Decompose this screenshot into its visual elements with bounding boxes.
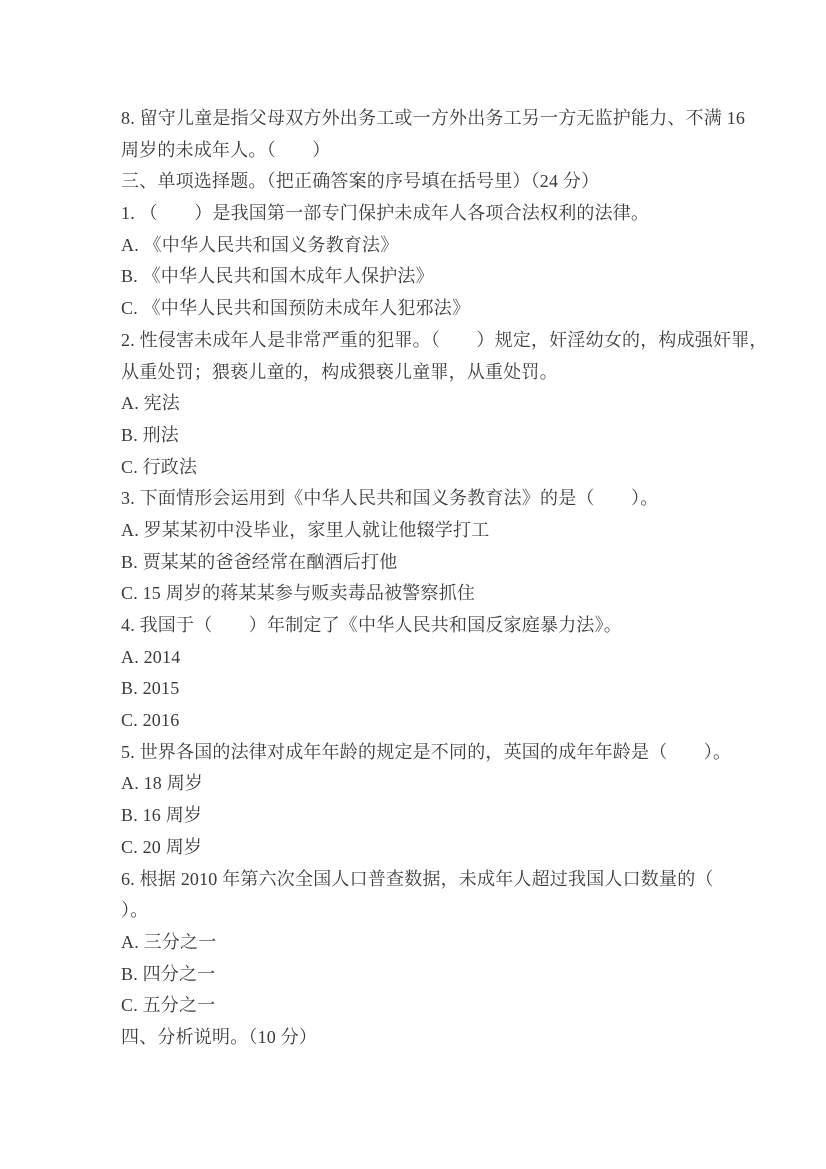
line-q1-option-a: A. 《中华人民共和国义务教育法》 (121, 230, 741, 262)
line-q5-option-b: B. 16 周岁 (121, 800, 741, 832)
line-q6: 6. 根据 2010 年第六次全国人口普查数据，未成年人超过我国人口数量的（ (121, 864, 741, 896)
line-q3: 3. 下面情形会运用到《中华人民共和国义务教育法》的是（ ）。 (121, 483, 741, 515)
line-q1: 1. （ ）是我国第一部专门保护未成年人各项合法权利的法律。 (121, 198, 741, 230)
heading-section-3: 三、单项选择题。（把正确答案的序号填在括号里）（24 分） (121, 166, 741, 198)
line-q2-option-a: A. 宪法 (121, 388, 741, 420)
line-q8-statement-cont: 周岁的未成年人。（ ） (121, 135, 741, 167)
line-q6-option-c: C. 五分之一 (121, 990, 741, 1022)
line-q3-option-b: B. 贾某某的爸爸经常在酗酒后打他 (121, 547, 741, 579)
line-q4-option-a: A. 2014 (121, 642, 741, 674)
line-q5-option-c: C. 20 周岁 (121, 832, 741, 864)
line-q4-option-b: B. 2015 (121, 673, 741, 705)
line-q2-cont: 从重处罚；猥亵儿童的，构成猥亵儿童罪，从重处罚。 (121, 357, 741, 389)
line-q8-statement: 8. 留守儿童是指父母双方外出务工或一方外出务工另一方无监护能力、不满 16 (121, 103, 741, 135)
line-q3-option-c: C. 15 周岁的蒋某某参与贩卖毒品被警察抓住 (121, 578, 741, 610)
heading-section-4: 四、分析说明。（10 分） (121, 1022, 741, 1054)
exam-page: 8. 留守儿童是指父母双方外出务工或一方外出务工另一方无监护能力、不满 16 周… (0, 0, 826, 1169)
line-q6-option-a: A. 三分之一 (121, 927, 741, 959)
line-q1-option-b: B. 《中华人民共和国木成年人保护法》 (121, 261, 741, 293)
line-q6-option-b: B. 四分之一 (121, 959, 741, 991)
line-q4: 4. 我国于（ ）年制定了《中华人民共和国反家庭暴力法》。 (121, 610, 741, 642)
line-q1-option-c: C. 《中华人民共和国预防未成年人犯邪法》 (121, 293, 741, 325)
line-q5: 5. 世界各国的法律对成年年龄的规定是不同的，英国的成年年龄是（ ）。 (121, 737, 741, 769)
line-q6-cont: ）。 (121, 895, 741, 927)
line-q2: 2. 性侵害未成年人是非常严重的犯罪。（ ）规定，奸淫幼女的，构成强奸罪， (121, 325, 741, 357)
document-text-block: 8. 留守儿童是指父母双方外出务工或一方外出务工另一方无监护能力、不满 16 周… (121, 103, 741, 1054)
line-q2-option-b: B. 刑法 (121, 420, 741, 452)
line-q2-option-c: C. 行政法 (121, 452, 741, 484)
line-q4-option-c: C. 2016 (121, 705, 741, 737)
line-q5-option-a: A. 18 周岁 (121, 768, 741, 800)
line-q3-option-a: A. 罗某某初中没毕业，家里人就让他辍学打工 (121, 515, 741, 547)
